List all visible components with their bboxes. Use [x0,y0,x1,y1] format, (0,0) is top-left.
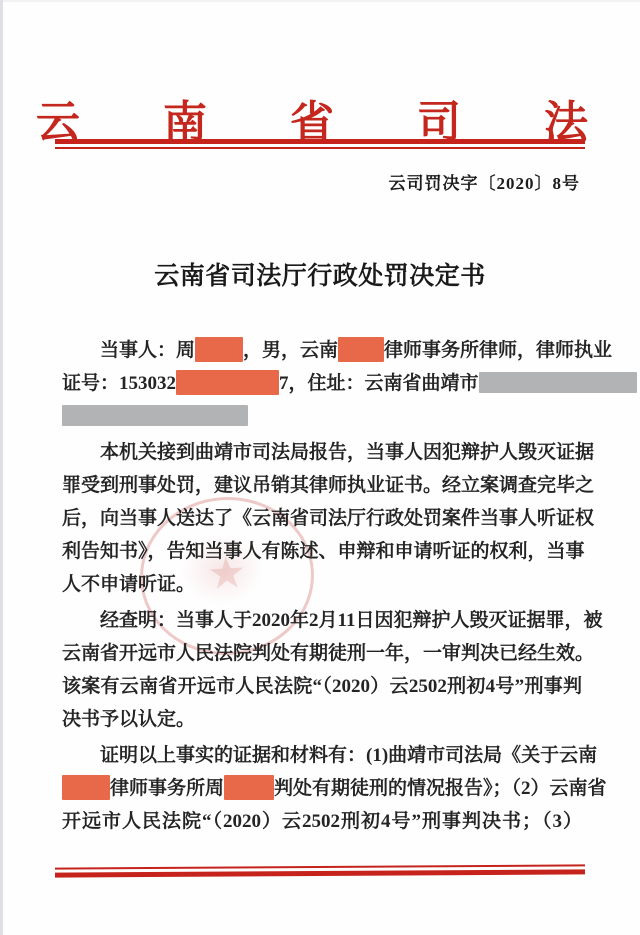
text-line: 开远市人民法院“（2020）云2502刑初4号”刑事判决书；（3） [62,805,582,838]
redaction-gray [62,405,248,426]
text-run: 经查明：当事人于2020年2月11日因犯辩护人毁灭证据罪，被 [100,610,602,631]
text-run: 律师事务所周 [110,778,224,799]
text-run: ，男，云南 [243,340,338,361]
paragraph: 当事人：周，男，云南律师事务所律师，律师执业证号：1530327，住址：云南省曲… [62,334,582,433]
redaction-orange [195,337,243,362]
text-run: 罪受到刑事处罚，建议吊销其律师执业证书。经立案调查完毕之 [62,475,594,496]
text-line [62,400,582,433]
text-run: 本机关接到曲靖市司法局报告，当事人因犯辩护人毁灭证据 [100,442,594,463]
text-run: 开远市人民法院“（2020）云2502刑初4号”刑事判决书；（3） [62,811,582,832]
text-line: 云南省开远市人民法院判处有期徒刑一年，一审判决已经生效。 [62,637,582,670]
redaction-orange [338,337,384,362]
redaction-gray [479,372,637,393]
letterhead-rule-thick [55,139,585,144]
text-line: 该案有云南省开远市人民法院“（2020）云2502刑初4号”刑事判 [62,670,582,703]
text-run: 决书予以认定。 [62,709,195,730]
text-line: 人不申请听证。 [62,568,582,601]
text-line: 证号：1530327，住址：云南省曲靖市 [62,367,582,400]
document-body: 当事人：周，男，云南律师事务所律师，律师执业证号：1530327，住址：云南省曲… [62,334,582,841]
footer-rule-thick [55,869,585,877]
text-line: 决书予以认定。 [62,703,582,736]
text-run: 该案有云南省开远市人民法院“（2020）云2502刑初4号”刑事判 [62,676,582,697]
text-line: 经查明：当事人于2020年2月11日因犯辩护人毁灭证据罪，被 [62,604,582,637]
footer-rule-thin [55,864,585,869]
text-run: 后，向当事人送达了《云南省司法厅行政处罚案件当事人听证权 [62,508,594,529]
text-line: 罪受到刑事处罚，建议吊销其律师执业证书。经立案调查完毕之 [62,469,582,502]
text-line: 本机关接到曲靖市司法局报告，当事人因犯辩护人毁灭证据 [62,436,582,469]
text-line: 利告知书》，告知当事人有陈述、申辩和申请听证的权利，当事 [62,535,582,568]
text-run: 证明以上事实的证据和材料有：(1)曲靖市司法局《关于云南 [100,745,597,766]
text-run: 当事人：周 [100,340,195,361]
text-run: 利告知书》，告知当事人有陈述、申辩和申请听证的权利，当事 [62,541,585,562]
document-title: 云南省司法厅行政处罚决定书 [0,256,640,292]
text-line: 当事人：周，男，云南律师事务所律师，律师执业 [62,334,582,367]
text-run: 7，住址：云南省曲靖市 [279,373,479,394]
text-run: 判处有期徒刑的情况报告》；（2）云南省 [274,778,607,799]
document-number: 云司罚决字〔2020〕8号 [389,169,581,194]
document-page: 云 南 省 司 法 厅 云司罚决字〔2020〕8号 云南省司法厅行政处罚决定书 … [0,0,640,935]
text-run: 人不申请听证。 [62,574,195,595]
text-line: 后，向当事人送达了《云南省司法厅行政处罚案件当事人听证权 [62,502,582,535]
paragraph: 证明以上事实的证据和材料有：(1)曲靖市司法局《关于云南律师事务所周判处有期徒刑… [62,739,582,838]
text-run: 云南省开远市人民法院判处有期徒刑一年，一审判决已经生效。 [62,643,594,664]
letterhead-rule-thin [55,147,585,149]
text-line: 证明以上事实的证据和材料有：(1)曲靖市司法局《关于云南 [62,739,582,772]
text-run: 律师事务所律师，律师执业 [384,340,612,361]
text-run: 证号：153032 [62,373,176,394]
text-line: 律师事务所周判处有期徒刑的情况报告》；（2）云南省 [62,772,582,805]
redaction-orange [62,775,110,800]
redaction-orange [224,775,274,800]
redaction-orange [176,370,279,395]
paragraph: 本机关接到曲靖市司法局报告，当事人因犯辩护人毁灭证据罪受到刑事处罚，建议吊销其律… [62,436,582,601]
paragraph: 经查明：当事人于2020年2月11日因犯辩护人毁灭证据罪，被云南省开远市人民法院… [62,604,582,736]
